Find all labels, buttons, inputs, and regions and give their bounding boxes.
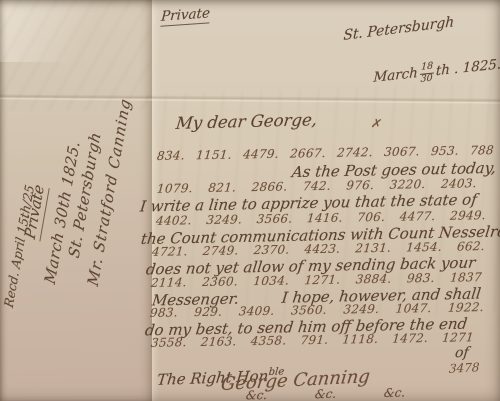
letter-scan: Mr. Stratford Canning St. Petersburgh Ma… [0, 0, 500, 401]
trailing-cipher-number: 3478 [449, 360, 480, 376]
catchword-of: of [454, 345, 469, 362]
salutation: My dear George, [175, 110, 318, 133]
date-suffix: th . 1825. [436, 56, 500, 79]
private-label: Private [160, 5, 210, 27]
ink-showthrough-flap [0, 0, 150, 110]
date-dual-fraction: 1830 [419, 61, 434, 85]
date-month: March [373, 65, 418, 86]
addressee-etc: &c. &c. &c. [245, 386, 406, 401]
